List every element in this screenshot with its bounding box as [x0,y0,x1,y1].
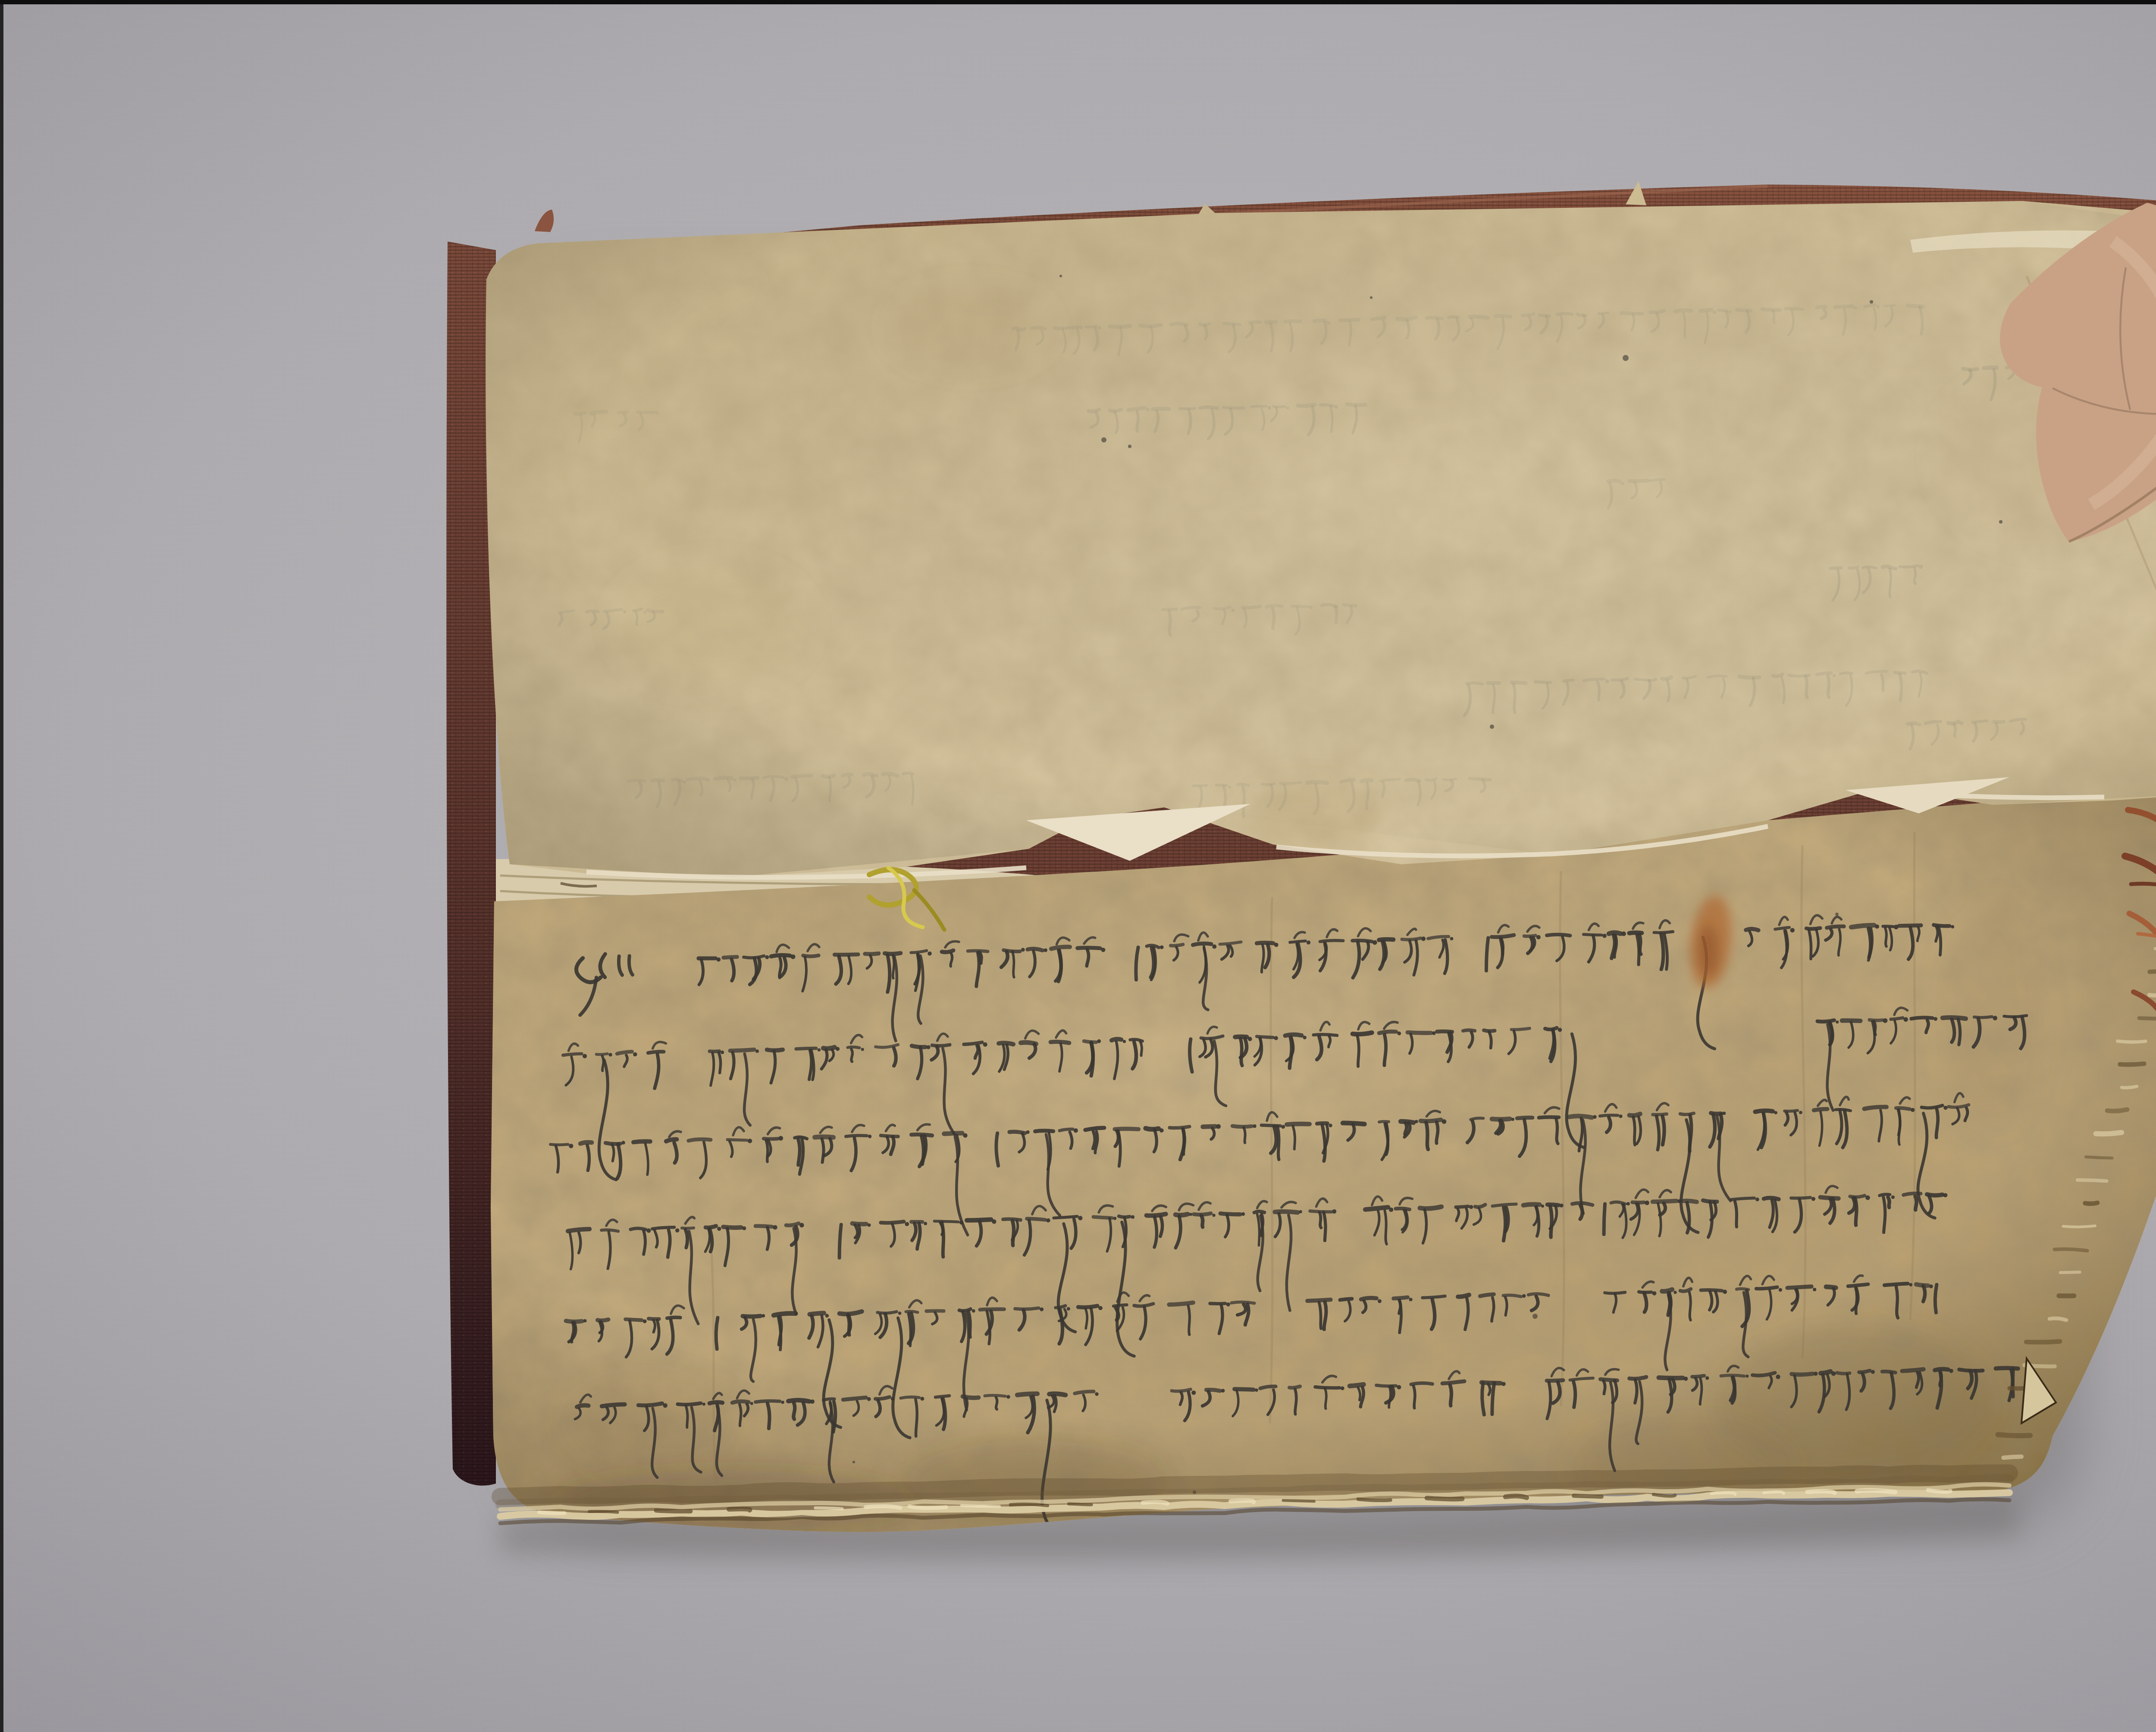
stroke [1885,928,1887,947]
stroke [944,1133,962,1134]
stroke [1075,1391,1094,1393]
stroke [1449,317,1458,317]
stroke [843,774,852,775]
stroke [909,1506,946,1508]
ink-dot [1370,296,1373,299]
stroke [1146,1128,1159,1130]
stroke [1266,322,1276,322]
stroke [1584,679,1604,681]
stroke [1175,1214,1188,1215]
stroke [1143,1502,1168,1503]
stain [1940,901,2044,1126]
ink-dot [1059,275,1062,277]
ink-dot [852,1461,855,1463]
stroke [1262,784,1274,785]
stroke [596,1054,607,1054]
stroke [1857,1490,1895,1492]
stroke [667,1317,680,1318]
stroke [1169,1126,1189,1128]
stroke [1974,1017,1992,1018]
stroke [1662,678,1671,679]
stroke [1153,408,1169,409]
stroke [1171,944,1183,946]
stroke [1128,408,1145,410]
stroke [1621,313,1639,314]
stroke [617,1051,632,1054]
stroke [1700,310,1711,311]
stroke [848,1047,859,1048]
stroke [2118,1041,2146,1042]
stroke [563,1054,582,1055]
stroke [932,1045,950,1046]
stroke [1859,1371,1870,1372]
stroke [1557,313,1572,314]
stroke [2003,1456,2021,1458]
stroke [1675,310,1691,311]
stroke [1689,1292,1691,1320]
stroke [1289,1387,1300,1388]
stroke [1353,1032,1372,1034]
stroke [1785,308,1802,310]
stroke [730,1050,754,1051]
stroke [724,957,737,958]
stroke [1654,932,1673,933]
stroke [1863,567,1876,568]
stroke [1344,605,1355,606]
stroke [1470,778,1487,780]
stroke [2078,1180,2107,1181]
stroke [2107,1110,2127,1111]
stroke [666,1139,677,1142]
stroke [1285,1034,1301,1036]
stroke [796,1048,816,1049]
stroke [1851,925,1874,927]
stroke [1925,722,1940,723]
stroke [1210,1303,1225,1304]
stroke [1183,1129,1185,1155]
stroke [1059,1129,1073,1131]
stroke [1324,1212,1326,1240]
stroke [1232,1126,1251,1127]
stroke [1224,407,1244,409]
stroke [2149,995,2156,995]
stroke [1314,320,1326,321]
stroke [1791,1198,1811,1199]
stroke [1285,321,1300,322]
stroke [1608,480,1620,482]
stroke [1547,1380,1563,1381]
stroke [1817,673,1831,675]
stroke [1884,1283,1908,1285]
stroke [1662,1290,1672,1291]
stroke [1379,939,1393,940]
stroke [1243,606,1260,608]
stroke [740,778,758,778]
stroke [604,609,621,611]
stroke [1200,407,1217,408]
stroke [1603,1204,1606,1235]
stroke [1358,1499,1391,1500]
ink-dot [1870,300,1873,304]
stroke [1396,1208,1410,1210]
stroke [1806,677,1808,698]
stroke [638,1403,662,1406]
stroke [1078,948,1100,949]
stroke [1035,1130,1053,1132]
stroke [1319,1302,1321,1328]
stroke [2096,1133,2122,1134]
stroke [1915,1196,1917,1210]
frame-hairline-top [0,0,2156,4]
stroke [682,1228,693,1229]
stroke [1835,306,1852,307]
stroke [715,778,732,779]
stroke [589,1512,618,1512]
stroke [1830,568,1842,568]
stain [617,565,806,686]
stroke [2139,1018,2156,1019]
stroke [1746,929,1758,930]
stroke [865,954,879,954]
stroke [2012,1369,2014,1396]
stroke [686,1230,688,1248]
stroke [1787,1286,1811,1288]
stroke [1482,1383,1484,1415]
stroke [1411,1383,1432,1384]
stroke [1692,1376,1704,1377]
stroke [1010,1504,1047,1506]
stroke [1935,1369,1948,1370]
stroke [1266,606,1282,607]
stroke [1492,935,1514,937]
stroke [792,775,812,777]
stroke [824,1399,835,1400]
stroke [1911,1017,1932,1019]
stroke [1883,566,1893,568]
stroke [1169,1302,1193,1305]
stroke [1598,682,1599,700]
stroke [580,1142,592,1143]
stroke [1998,1434,2030,1436]
stroke [710,1051,719,1051]
stroke [788,1400,809,1402]
stroke [823,1047,834,1048]
stroke [1292,606,1307,607]
stroke [539,1512,564,1513]
stroke [1427,317,1442,319]
stroke [602,1404,625,1406]
stroke [1405,1123,1407,1134]
stroke [1900,566,1918,567]
stroke [1470,316,1488,318]
stroke [875,1397,890,1399]
stroke [1231,1500,1253,1502]
stroke [1653,1201,1677,1202]
stroke [1423,1296,1445,1298]
stroke [1372,318,1385,320]
ink-dot [1623,355,1629,361]
stroke [2026,1341,2060,1342]
stroke [577,1405,589,1407]
stroke [996,1133,998,1166]
stroke [1556,1119,1558,1143]
stroke [633,1141,650,1142]
stroke [1379,1031,1396,1033]
stroke [1547,934,1570,936]
stroke [568,1229,590,1231]
ink-dot [1101,437,1106,442]
stroke [1180,408,1195,409]
stroke [1633,1202,1644,1203]
stroke [843,1397,866,1399]
stroke [1443,779,1456,780]
stroke [1413,1386,1415,1408]
stroke [656,1510,690,1511]
stroke [1281,783,1300,784]
stroke [1973,721,1987,722]
stroke [1517,1117,1532,1118]
stroke [1340,320,1358,320]
stroke [851,1049,853,1062]
stroke [1317,1123,1327,1123]
stroke [1313,1034,1337,1036]
stroke [1680,1113,1694,1114]
stroke [912,1045,925,1048]
stroke [815,1508,842,1509]
stroke [1762,309,1780,311]
stroke [1315,1386,1339,1388]
stroke [1599,313,1608,314]
stroke [1012,951,1014,977]
stroke [1701,1290,1722,1291]
stroke [1436,1122,1438,1143]
stroke [1426,1123,1428,1150]
stroke [1017,1393,1037,1395]
stroke [1523,1204,1540,1205]
stroke [1193,943,1211,945]
stroke [1350,1384,1363,1386]
upper-page-shading [486,201,2156,877]
stroke [774,1313,796,1315]
stroke [723,1227,741,1228]
stroke [1855,1288,1857,1314]
stroke [1137,411,1139,432]
stroke [1171,323,1187,325]
stroke [962,1506,1000,1506]
stroke [1708,676,1727,678]
stroke [911,1221,922,1222]
stroke [1307,1300,1331,1301]
stroke [1287,1123,1310,1124]
stroke [1773,675,1783,677]
stroke [1220,1213,1240,1215]
ink-dot [1999,520,2002,524]
stroke [1739,676,1760,678]
stroke [1514,684,1515,712]
stroke [1141,325,1158,327]
stroke [1630,480,1647,481]
stroke [1550,1206,1552,1237]
stroke [1882,1371,1896,1373]
stroke [1188,1306,1190,1335]
stroke [1319,1212,1321,1228]
stroke [1086,326,1096,327]
stroke [1683,1201,1697,1202]
stroke [1659,1377,1683,1379]
stroke [648,1051,664,1053]
stroke [1028,948,1043,951]
stroke [1335,607,1337,623]
stroke [1653,1114,1667,1115]
stroke [1273,406,1285,407]
stroke [768,1403,770,1428]
stroke [1216,785,1227,786]
ink-dot [1532,1314,1538,1319]
stroke [550,1144,568,1145]
lower-page [474,776,2156,1553]
stroke [636,612,637,625]
stroke [1984,367,1996,368]
stroke [1307,782,1327,784]
stroke [1379,1121,1388,1122]
stroke [1864,1107,1887,1109]
stroke [1201,1216,1203,1227]
stroke [586,611,598,612]
stroke [1182,607,1200,609]
stroke [2086,1157,2112,1158]
stroke [1420,1120,1441,1121]
ink-dot [1128,445,1131,448]
stroke [1163,609,1177,609]
stroke [1365,1207,1388,1209]
stroke [1394,1297,1408,1299]
stroke [1539,315,1550,317]
stroke [1764,1492,1784,1494]
stroke [1203,1126,1216,1127]
stroke [1821,1371,1830,1373]
stroke [901,1397,919,1398]
stroke [1320,940,1343,941]
stroke [2122,1086,2137,1088]
stroke [1545,1028,1557,1029]
stroke [1427,1498,1462,1500]
stroke [1241,1039,1242,1066]
stroke [903,773,913,774]
upper-page [474,181,2156,888]
stroke [2060,1272,2080,1273]
stroke [602,1056,604,1071]
stroke [1914,568,1916,584]
stroke [1078,1306,1097,1308]
stroke [626,1319,642,1321]
stroke [1480,1294,1494,1296]
stroke [1442,1381,1464,1384]
stroke [866,1506,901,1508]
stroke [1574,1496,1601,1497]
stroke [1385,1211,1387,1244]
stroke [1283,1500,1314,1501]
stroke [1257,942,1273,944]
stroke [637,411,654,413]
stroke [1604,1381,1605,1394]
stroke [1718,310,1727,311]
stroke [1294,1389,1297,1414]
stroke [709,1402,722,1403]
stroke [1928,1490,1950,1492]
stroke [1840,673,1852,674]
stroke [840,1312,862,1314]
stroke [771,955,790,957]
stroke [2049,1318,2066,1320]
stroke [2085,1203,2098,1204]
stroke [1773,311,1774,323]
stroke [1402,938,1420,940]
stroke [1630,1377,1646,1379]
stroke [1869,1020,1882,1021]
ink-dot [1490,725,1494,729]
stroke [1564,680,1573,681]
stroke [1884,305,1894,306]
stroke [1015,1308,1039,1309]
stroke [1505,1496,1526,1498]
stroke [1731,1198,1754,1200]
stroke [883,774,897,776]
stroke [705,1226,716,1228]
stroke [1908,723,1916,724]
stroke [755,1226,772,1227]
stroke [964,1042,982,1045]
stroke [766,1140,768,1162]
stroke [1340,1299,1352,1300]
stroke [1463,1030,1475,1031]
stroke [591,412,606,414]
stroke [619,412,627,413]
stroke [1827,926,1844,928]
stroke [1775,927,1789,929]
stroke [1848,1284,1868,1286]
stroke [1814,1109,1827,1110]
stroke [729,1509,750,1510]
stroke [1612,678,1628,680]
stroke [1654,1494,1675,1496]
stroke [1818,1020,1834,1022]
stroke [1711,1493,1735,1494]
stroke [810,1313,824,1315]
stroke [1085,1128,1104,1130]
stroke [1471,1118,1483,1119]
stroke [1254,1211,1265,1212]
stroke [1902,1369,1924,1371]
stroke [678,1403,701,1405]
manuscript-photo-canvas: Photograph of an old Tibetan manuscript … [0,0,2156,1732]
stroke [996,1397,997,1409]
stroke [1069,327,1078,328]
stroke [1362,780,1372,781]
stroke [1573,1382,1576,1407]
stroke [1458,1295,1469,1296]
stroke [628,780,644,781]
stroke [1054,327,1063,329]
stroke [1511,1028,1529,1029]
stroke [1250,322,1260,323]
stroke [1450,1385,1452,1406]
stroke [1630,1114,1640,1116]
stroke [1278,1126,1280,1160]
stroke [1817,307,1826,308]
stroke [1147,1214,1166,1216]
stroke [934,1221,958,1223]
stroke [1272,609,1275,628]
